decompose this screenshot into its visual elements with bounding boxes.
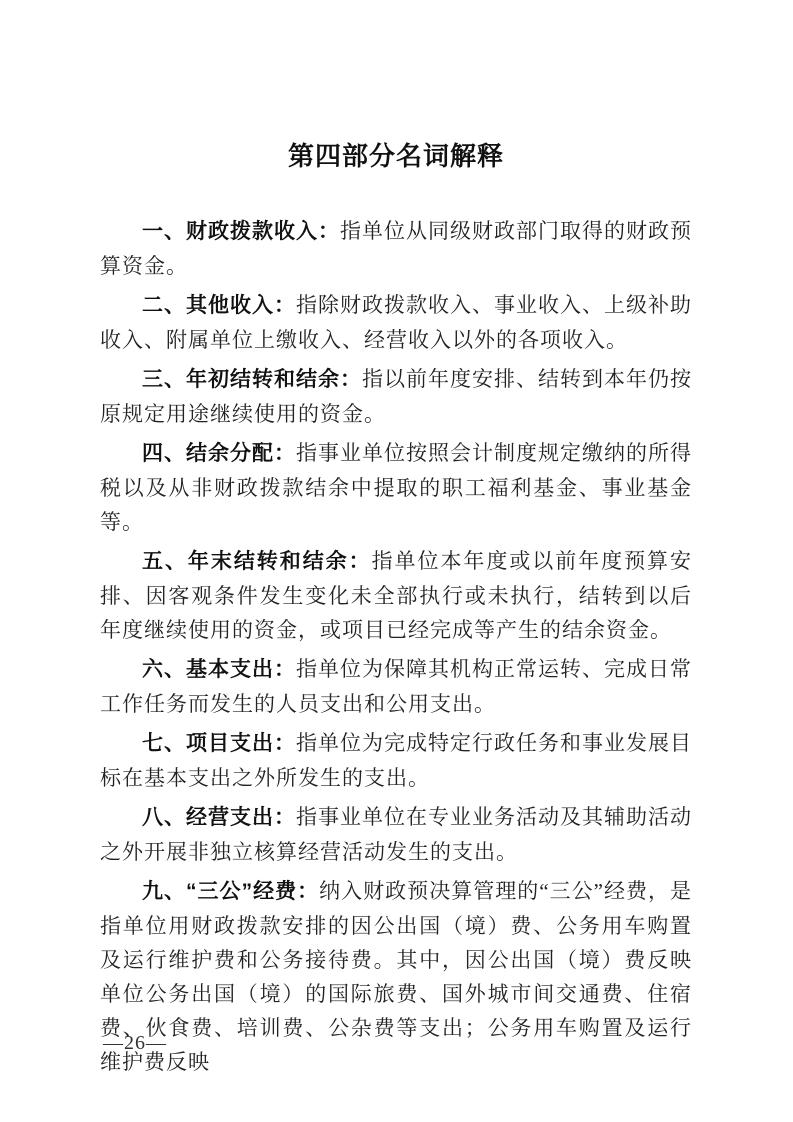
term-paragraph-3: 三、年初结转和结余：指以前年度安排、结转到本年仍按原规定用途继续使用的资金。 — [100, 362, 692, 431]
term-paragraph-8: 八、经营支出：指事业单位在专业业务活动及其辅助活动之外开展非独立核算经营活动发生… — [100, 800, 692, 869]
term-definition: 纳入财政预决算管理的“三公”经费，是指单位用财政拨款安排的因公出国（境）费、公务… — [100, 879, 692, 1074]
term-label: 九、“三公”经费： — [142, 880, 319, 903]
term-paragraph-6: 六、基本支出：指单位为保障其机构正常运转、完成日常工作任务而发生的人员支出和公用… — [100, 652, 692, 721]
term-label: 三、年初结转和结余： — [142, 368, 362, 391]
page-number: —26— — [103, 1032, 167, 1055]
term-label: 四、结余分配： — [142, 442, 296, 465]
term-label: 七、项目支出： — [142, 732, 296, 755]
term-label: 一、财政拨款收入： — [142, 220, 340, 243]
term-paragraph-9: 九、“三公”经费：纳入财政预决算管理的“三公”经费，是指单位用财政拨款安排的因公… — [100, 874, 692, 1079]
term-label: 五、年末结转和结余： — [142, 550, 372, 573]
document-body: 第四部分名词解释 一、财政拨款收入：指单位从同级财政部门取得的财政预算资金。 二… — [100, 0, 692, 1084]
term-paragraph-5: 五、年末结转和结余：指单位本年度或以前年度预算安排、因客观条件发生变化未全部执行… — [100, 544, 692, 647]
term-label: 六、基本支出： — [142, 658, 296, 681]
document-page: 第四部分名词解释 一、财政拨款收入：指单位从同级财政部门取得的财政预算资金。 二… — [0, 0, 793, 1122]
page-title: 第四部分名词解释 — [100, 0, 692, 214]
term-label: 八、经营支出： — [142, 806, 296, 829]
term-paragraph-1: 一、财政拨款收入：指单位从同级财政部门取得的财政预算资金。 — [100, 214, 692, 283]
term-paragraph-2: 二、其他收入：指除财政拨款收入、事业收入、上级补助收入、附属单位上缴收入、经营收… — [100, 288, 692, 357]
term-label: 二、其他收入： — [142, 294, 296, 317]
term-paragraph-4: 四、结余分配：指事业单位按照会计制度规定缴纳的所得税以及从非财政拨款结余中提取的… — [100, 436, 692, 539]
term-paragraph-7: 七、项目支出：指单位为完成特定行政任务和事业发展目标在基本支出之外所发生的支出。 — [100, 726, 692, 795]
